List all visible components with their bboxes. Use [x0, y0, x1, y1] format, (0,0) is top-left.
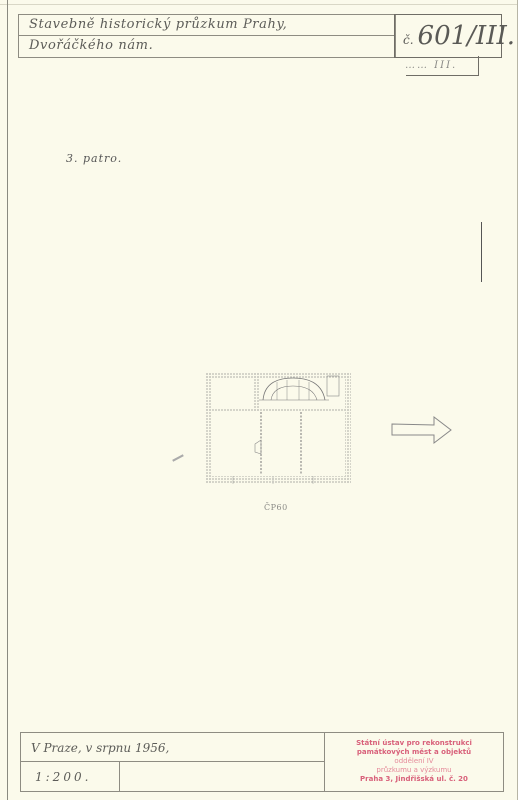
stamp-line-2: památkových měst a objektů [325, 748, 503, 757]
scale-label: 1:200. [31, 762, 120, 791]
stamp-text: Státní ústav pro rekonstrukci památkovýc… [325, 739, 503, 784]
stamp-line-1: Státní ústav pro rekonstrukci [325, 739, 503, 748]
title-block: Stavebně historický průzkum Prahy, Dvořá… [18, 14, 396, 58]
floor-plan-drawing [203, 370, 353, 490]
footer-title-block: V Praze, v srpnu 1956, 1:200. Státní úst… [20, 732, 504, 792]
institute-stamp: Státní ústav pro rekonstrukci památkovýc… [325, 733, 503, 791]
sheet-number-prefix: č. [403, 33, 414, 47]
survey-title: Stavebně historický průzkum Prahy, [19, 15, 395, 35]
sheet-number: č.601/III. [403, 21, 515, 51]
sheet-sub-number: …… III. [405, 60, 457, 71]
sheet-number-box: č.601/III. [394, 14, 502, 58]
floor-plan-icon [203, 370, 353, 490]
location-title: Dvořáčkého nám. [19, 35, 395, 56]
paper-top-edge [0, 4, 518, 5]
stray-pencil-mark [172, 454, 184, 461]
place-date: V Praze, v srpnu 1956, [21, 733, 324, 762]
plan-label: ČP60 [264, 503, 288, 512]
stamp-line-5: Praha 3, Jindřišská ul. č. 20 [325, 775, 503, 784]
stamp-line-3: oddělení IV [325, 757, 503, 766]
margin-pencil-mark [481, 222, 482, 282]
footer-row2: 1:200. [21, 762, 324, 791]
direction-arrow-icon [390, 414, 454, 450]
floor-label: 3. patro. [66, 152, 122, 165]
binding-margin-line [7, 0, 8, 800]
stamp-line-4: průzkumu a výzkumu [325, 766, 503, 775]
footer-left: V Praze, v srpnu 1956, 1:200. [21, 733, 325, 791]
sheet-number-value: 601/III. [418, 21, 515, 51]
